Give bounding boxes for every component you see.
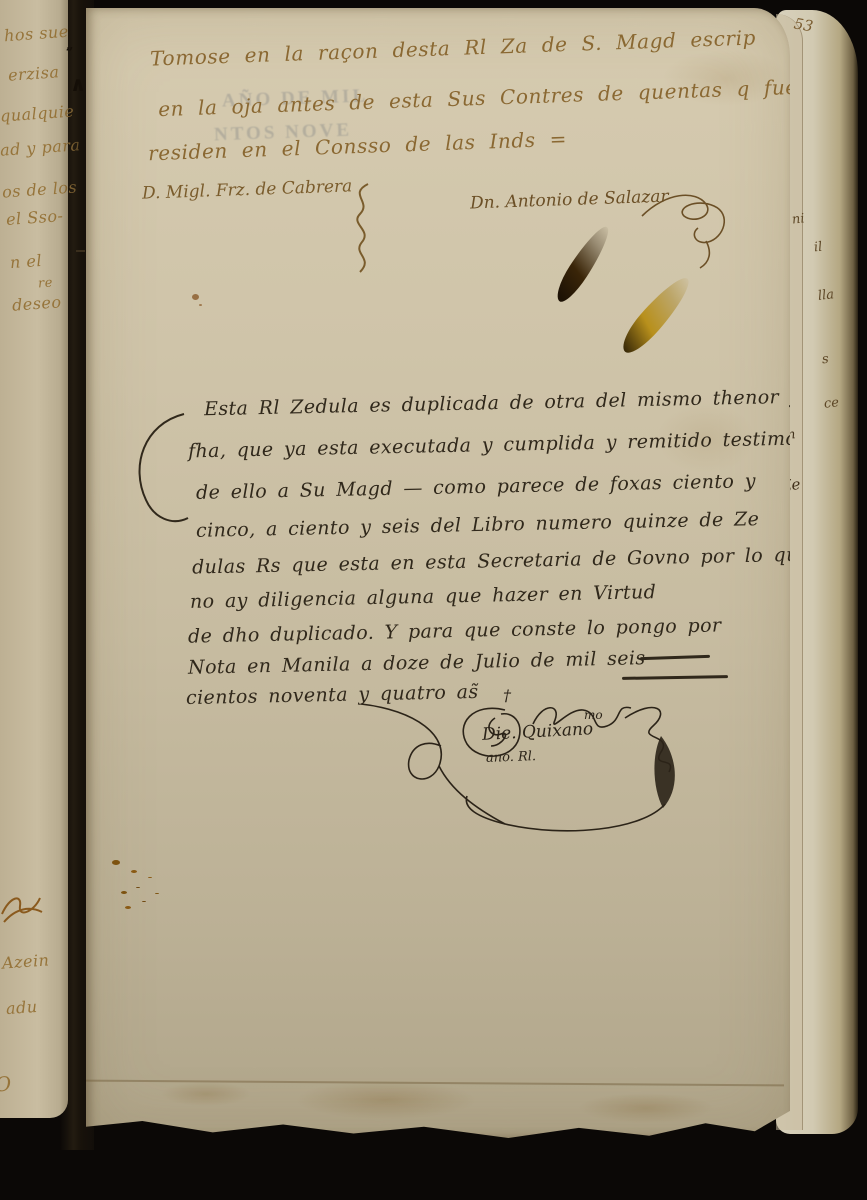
gutter-chevron-mark: ∧ (70, 72, 86, 96)
folio-number: 53 (793, 14, 815, 35)
edge-text-fragment: s (821, 352, 829, 368)
facing-text-fragment: Ɔ (0, 1071, 13, 1096)
edge-text-fragment: il (813, 240, 823, 256)
facing-text-fragment: el Sso- (5, 206, 64, 229)
closing-signature-secondary: ano. Rl. (486, 749, 537, 766)
signature-cabrera: D. Migl. Frz. de Cabrera (142, 176, 353, 203)
edge-text-fragment: ce (823, 395, 839, 411)
certification-line: no ay diligencia alguna que hazer en Vir… (190, 581, 657, 613)
registration-note-line: en la oja antes de esta Sus Contres de q… (158, 75, 798, 121)
certification-line: dulas Rs que esta en esta Secretaria de … (192, 543, 817, 578)
margin-flourish-icon (126, 406, 192, 538)
facing-page-edge: hos sue erzisa qualquie ad y para os de … (0, 0, 68, 1118)
certification-line: Esta Rl Zedula es duplicada de otra del … (204, 386, 801, 420)
certification-line: cinco, a ciento y seis del Libro numero … (196, 508, 760, 542)
ink-spatter (112, 860, 120, 865)
manuscript-page: AÑO DE MIL NTOS NOVE Tomose en la raçon … (86, 8, 790, 1138)
facing-text-fragment: erzisa (7, 62, 60, 85)
ink-smear-dark (551, 222, 616, 307)
ink-dot-stain (192, 294, 199, 300)
manuscript-photo: hos sue erzisa qualquie ad y para os de … (0, 0, 867, 1200)
edge-text-fragment: ni (791, 211, 805, 227)
rubric-flourish-icon (338, 180, 382, 280)
closing-signature-superscript: mo (584, 708, 603, 722)
registration-note-line: Tomose en la raçon desta Rl Za de S. Mag… (150, 25, 757, 70)
certification-line: de ello a Su Magd — como parece de foxas… (196, 470, 756, 504)
facing-text-fragment: n el (9, 251, 42, 272)
gutter-tick-mark: „ (66, 38, 73, 53)
facing-text-fragment: re (37, 275, 53, 291)
certification-line: fha, que ya esta executada y cumplida y … (188, 428, 798, 463)
ink-smear-amber (615, 271, 696, 359)
facing-text-fragment: Azein (1, 950, 50, 972)
flourish-icon (0, 876, 44, 928)
registration-note-line: residen en el Consso de las Inds = (148, 127, 568, 166)
rubric-flourish-icon (636, 186, 736, 271)
facing-text-fragment: deseo (11, 292, 62, 314)
edge-text-fragment: lla (817, 287, 835, 304)
gutter-dash-mark (76, 250, 85, 252)
facing-text-fragment: adu (5, 997, 38, 1018)
